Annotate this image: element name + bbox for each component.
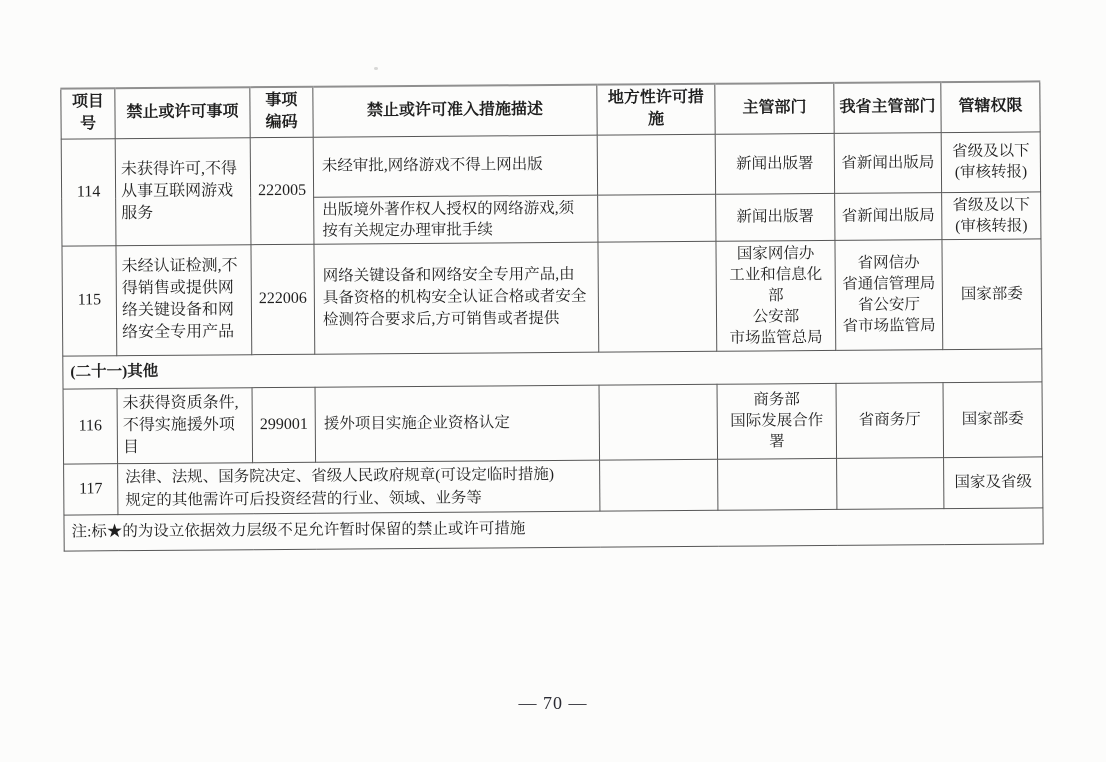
header-local-measures: 地方性许可措施 <box>597 84 715 135</box>
cell-117-prov-empty <box>837 457 944 509</box>
cell-116-dept: 商务部 国际发展合作署 <box>717 383 837 459</box>
cell-115-auth: 国家部委 <box>942 238 1042 349</box>
cell-117-auth: 国家及省级 <box>944 456 1043 508</box>
cell-115-dept: 国家网信办 工业和信息化部 公安部 市场监管总局 <box>716 240 836 351</box>
table-row-117: 117 法律、法规、国务院决定、省级人民政府规章(可设定临时措施) 规定的其他需… <box>64 456 1043 514</box>
cell-115-prov: 省网信办 省通信管理局 省公安厅 省市场监管局 <box>835 239 943 350</box>
header-prohibited-item: 禁止或许可事项 <box>115 87 250 138</box>
table-footnote: 注:标★的为设立依据效力层级不足允许暂时保留的禁止或许可措施 <box>64 507 1043 550</box>
cell-117-dept-empty <box>718 458 837 510</box>
header-item-code: 事项 编码 <box>250 87 313 137</box>
header-project-number: 项目号 <box>61 88 115 138</box>
table-header-row: 项目号 禁止或许可事项 事项 编码 禁止或许可准入措施描述 地方性许可措施 主管… <box>61 81 1040 138</box>
cell-116-auth: 国家部委 <box>943 381 1043 457</box>
cell-114-item: 未获得许可,不得 从事互联网游戏 服务 <box>115 137 251 245</box>
cell-115-desc: 网络关键设备和网络安全专用产品,由 具备资格的机构安全认证合格或者安全 检测符合… <box>314 242 599 354</box>
header-provincial-department: 我省主管部门 <box>834 82 941 133</box>
cell-114a-desc: 未经审批,网络游戏不得上网出版 <box>313 135 597 197</box>
cell-116-id: 116 <box>63 388 118 463</box>
header-competent-department: 主管部门 <box>715 83 834 134</box>
cell-116-item: 未获得资质条件, 不得实施援外项 目 <box>117 387 253 463</box>
cell-115-id: 115 <box>62 245 117 355</box>
header-measure-description: 禁止或许可准入措施描述 <box>313 85 597 137</box>
table-row-114a: 114 未获得许可,不得 从事互联网游戏 服务 222005 未经审批,网络游戏… <box>61 131 1040 198</box>
header-jurisdiction: 管辖权限 <box>941 81 1040 132</box>
cell-117-id: 117 <box>64 463 118 514</box>
cell-116-desc: 援外项目实施企业资格认定 <box>315 385 600 462</box>
prohibition-permission-table: 项目号 禁止或许可事项 事项 编码 禁止或许可准入措施描述 地方性许可措施 主管… <box>60 80 1043 551</box>
cell-116-code: 299001 <box>252 387 316 462</box>
cell-114b-desc: 出版境外著作权人授权的网络游戏,须 按有关规定办理审批手续 <box>314 195 598 244</box>
cell-117-local-empty <box>600 459 718 511</box>
cell-114b-prov: 省新闻出版局 <box>835 192 942 240</box>
cell-117-text: 法律、法规、国务院决定、省级人民政府规章(可设定临时措施) 规定的其他需许可后投… <box>118 460 600 515</box>
cell-114a-dept: 新闻出版署 <box>715 133 834 194</box>
scan-speck <box>374 67 378 70</box>
regulation-table: 项目号 禁止或许可事项 事项 编码 禁止或许可准入措施描述 地方性许可措施 主管… <box>60 80 1043 551</box>
cell-114a-auth: 省级及以下 (审核转报) <box>941 131 1040 192</box>
table-row-116: 116 未获得资质条件, 不得实施援外项 目 299001 援外项目实施企业资格… <box>63 381 1043 463</box>
table-row-115: 115 未经认证检测,不 得销售或提供网 络关键设备和网 络安全专用产品 222… <box>62 238 1042 355</box>
cell-114b-local-empty <box>598 194 716 242</box>
cell-114a-local-empty <box>597 134 715 195</box>
cell-114b-auth: 省级及以下 (审核转报) <box>942 191 1041 239</box>
cell-116-local-empty <box>599 384 718 460</box>
cell-116-prov: 省商务厅 <box>836 382 944 458</box>
page-number: — 70 — <box>0 693 1106 714</box>
cell-114a-prov: 省新闻出版局 <box>834 132 941 193</box>
cell-115-local-empty <box>598 241 717 352</box>
cell-115-code: 222006 <box>251 244 315 354</box>
cell-115-item: 未经认证检测,不 得销售或提供网 络关键设备和网 络安全专用产品 <box>116 244 252 355</box>
cell-114-id: 114 <box>61 138 116 245</box>
cell-114b-dept: 新闻出版署 <box>716 193 835 241</box>
cell-114-code: 222005 <box>250 137 314 244</box>
table-note-row: 注:标★的为设立依据效力层级不足允许暂时保留的禁止或许可措施 <box>64 507 1043 550</box>
